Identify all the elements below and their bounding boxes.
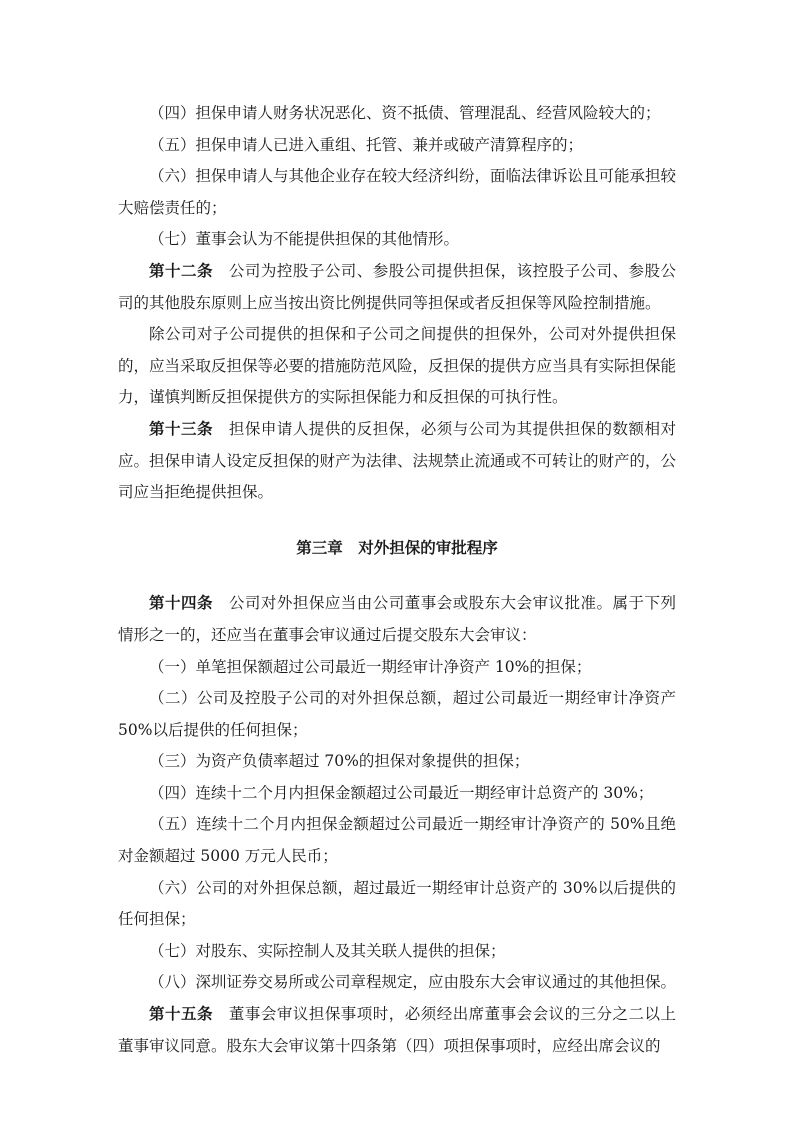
condition-item-8: （八）深圳证券交易所或公司章程规定，应由股东大会审议通过的其他担保。 (118, 967, 676, 999)
document-page: （四）担保申请人财务状况恶化、资不抵债、管理混乱、经营风险较大的； （五）担保申… (118, 98, 676, 1062)
article-15: 第十五条董事会审议担保事项时，必须经出席董事会会议的三分之二以上董事审议同意。股… (118, 999, 676, 1062)
article-label: 第十五条 (149, 1005, 213, 1023)
article-label: 第十四条 (149, 594, 213, 612)
chapter-number: 第三章 (296, 539, 343, 557)
condition-item-3: （三）为资产负债率超过 70%的担保对象提供的担保； (118, 746, 676, 778)
chapter-heading: 第三章对外担保的审批程序 (118, 533, 676, 565)
article-12-paragraph-2: 除公司对子公司提供的担保和子公司之间提供的担保外，公司对外提供担保的，应当采取反… (118, 319, 676, 414)
condition-item-5: （五）连续十二个月内担保金额超过公司最近一期经审计净资产的 50%且绝对金额超过… (118, 809, 676, 872)
article-12: 第十二条公司为控股子公司、参股公司提供担保，该控股子公司、参股公司的其他股东原则… (118, 256, 676, 319)
list-item-5: （五）担保申请人已进入重组、托管、兼并或破产清算程序的； (118, 130, 676, 162)
condition-item-1: （一）单笔担保额超过公司最近一期经审计净资产 10%的担保； (118, 652, 676, 684)
condition-item-4: （四）连续十二个月内担保金额超过公司最近一期经审计总资产的 30%； (118, 778, 676, 810)
condition-item-7: （七）对股东、实际控制人及其关联人提供的担保； (118, 936, 676, 968)
list-item-7: （七）董事会认为不能提供担保的其他情形。 (118, 224, 676, 256)
condition-item-6: （六）公司的对外担保总额，超过最近一期经审计总资产的 30%以后提供的任何担保； (118, 873, 676, 936)
article-13: 第十三条担保申请人提供的反担保，必须与公司为其提供担保的数额相对应。担保申请人设… (118, 414, 676, 509)
article-label: 第十三条 (149, 420, 213, 438)
article-14: 第十四条公司对外担保应当由公司董事会或股东大会审议批准。属于下列情形之一的，还应… (118, 588, 676, 651)
chapter-title: 对外担保的审批程序 (358, 539, 498, 557)
condition-item-2: （二）公司及控股子公司的对外担保总额，超过公司最近一期经审计净资产50%以后提供… (118, 683, 676, 746)
list-item-4: （四）担保申请人财务状况恶化、资不抵债、管理混乱、经营风险较大的； (118, 98, 676, 130)
article-label: 第十二条 (149, 262, 213, 280)
list-item-6: （六）担保申请人与其他企业存在较大经济纠纷，面临法律诉讼且可能承担较大赔偿责任的… (118, 161, 676, 224)
